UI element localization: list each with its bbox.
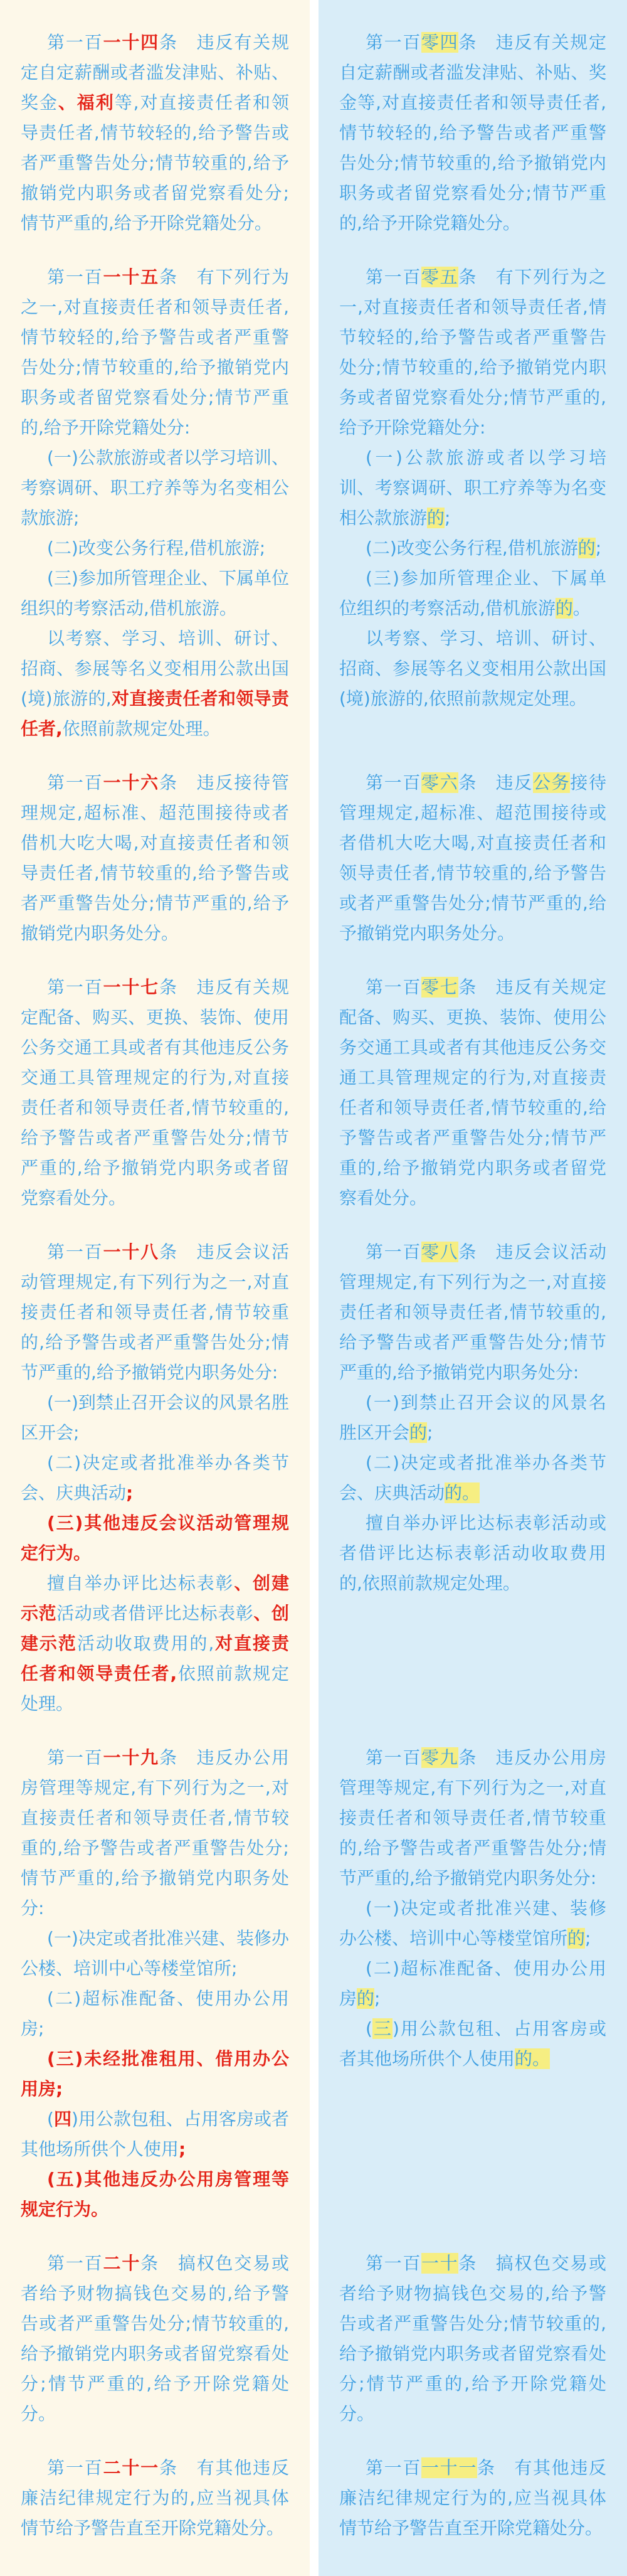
text-run: 条 搞权色交易或者给予财物搞钱色交易的,给予警告或者严重警告处分;情节较重的,给… xyxy=(21,2253,289,2424)
article-row: 第一百一十九条 违反办公用房管理等规定,有下列行为之一,对直接责任者和领导责任者… xyxy=(0,1743,627,2249)
revised-text-run: 一十四 xyxy=(103,32,160,53)
article-paragraph: (三)其他违反会议活动管理规定行为。 xyxy=(21,1508,289,1568)
revised-text-run: (三)其他违反会议活动管理规定行为。 xyxy=(21,1513,289,1563)
text-run: 擅自举办评比达标表彰活动或者借评比达标表彰活动收取费用的,依照前款规定处理。 xyxy=(339,1513,606,1594)
new-version-article-第一百零五条: 第一百零五条 有下列行为之一,对直接责任者和领导责任者,情节较轻的,给予警告或者… xyxy=(319,262,627,768)
text-run: ; xyxy=(596,538,601,558)
text-run: (二)超标准配备、使用办公用房; xyxy=(21,1988,289,2039)
old-version-article-第一百一十七条: 第一百一十七条 违反有关规定配备、购买、更换、装饰、使用公务交通工具或者有其他违… xyxy=(0,972,310,1237)
article-title-paragraph: 第一百零四条 违反有关规定自定薪酬或者滥发津贴、补贴、奖金等,对直接责任者和领导… xyxy=(339,28,606,238)
revised-text-run: (三)未经批准租用、借用办公用房; xyxy=(21,2048,289,2099)
article-title-paragraph: 第一百一十一条 有其他违反廉洁纪律规定行为的,应当视具体情节给予警告直至开除党籍… xyxy=(339,2453,606,2543)
article-title-paragraph: 第一百零五条 有下列行为之一,对直接责任者和领导责任者,情节较轻的,给予警告或者… xyxy=(339,262,606,443)
article-title-paragraph: 第一百零六条 违反公务接待管理规定,超标准、超范围接待或者借机大吃大喝,对直接责… xyxy=(339,768,606,949)
text-run: 第一百 xyxy=(366,1747,421,1768)
old-version-article-第一百一十九条: 第一百一十九条 违反办公用房管理等规定,有下列行为之一,对直接责任者和领导责任者… xyxy=(0,1743,310,2249)
column-divider xyxy=(310,1743,319,2249)
column-divider xyxy=(310,262,319,768)
old-version-article-第一百二十条: 第一百二十条 搞权色交易或者给予财物搞钱色交易的,给予警告或者严重警告处分;情节… xyxy=(0,2249,310,2453)
text-run: 以考察、学习、培训、研讨、招商、参展等名义变相用公款出国(境)旅游的,依照前款规… xyxy=(339,628,606,709)
article-paragraph: (二)改变公务行程,借机旅游; xyxy=(21,533,289,563)
highlighted-text-run: 零四 xyxy=(421,32,458,53)
text-run: 第一百 xyxy=(47,32,103,53)
text-run: (一)决定或者批准兴建、装修办公楼、培训中心等楼堂馆所 xyxy=(339,1898,606,1949)
column-divider xyxy=(310,1237,319,1743)
new-version-article-第一百一十条: 第一百一十条 搞权色交易或者给予财物搞钱色交易的,给予警告或者严重警告处分;情节… xyxy=(319,2249,627,2453)
text-run: 第一百 xyxy=(366,267,421,287)
text-run: (一)公款旅游或者以学习培训、考察调研、职工疗养等为名变相公款旅游 xyxy=(339,447,606,528)
text-run: 依照前款规定处理。 xyxy=(63,718,221,739)
text-run: 条 搞权色交易或者给予财物搞钱色交易的,给予警告或者严重警告处分;情节较重的,给… xyxy=(339,2253,606,2424)
text-run: (二)改变公务行程,借机旅游 xyxy=(366,538,578,558)
column-divider xyxy=(310,0,319,262)
revised-text-run: 四 xyxy=(54,2109,71,2129)
article-paragraph: (三)未经批准租用、借用办公用房; xyxy=(21,2044,289,2104)
article-paragraph: 擅自举办评比达标表彰、创建示范活动或者借评比达标表彰、创建示范活动收取费用的,对… xyxy=(21,1568,289,1719)
text-run: 条 违反有关规定自定薪酬或者滥发津贴、补贴、奖金等,对直接责任者和领导责任者,情… xyxy=(339,32,606,233)
text-run: ; xyxy=(374,1988,380,2009)
article-paragraph: (一)公款旅游或者以学习培训、考察调研、职工疗养等为名变相公款旅游; xyxy=(21,443,289,533)
text-run: 条 有下列行为之一,对直接责任者和领导责任者,情节较轻的,给予警告或者严重警告处… xyxy=(339,267,606,438)
article-title-paragraph: 第一百二十条 搞权色交易或者给予财物搞钱色交易的,给予警告或者严重警告处分;情节… xyxy=(21,2249,289,2429)
revised-text-run: 一十五 xyxy=(103,267,160,287)
article-paragraph: (二)超标准配备、使用办公用房; xyxy=(21,1984,289,2044)
revised-text-run: 一十七 xyxy=(103,977,160,998)
text-run: 活动或者借评比达标表彰 xyxy=(56,1603,253,1624)
text-run: (二)改变公务行程,借机旅游; xyxy=(47,538,265,558)
article-paragraph: (一)决定或者批准兴建、装修办公楼、培训中心等楼堂馆所; xyxy=(21,1924,289,1984)
new-version-article-第一百零九条: 第一百零九条 违反办公用房管理等规定,有下列行为之一,对直接责任者和领导责任者,… xyxy=(319,1743,627,2249)
highlighted-text-run: 公务 xyxy=(533,772,570,793)
text-run: 第一百 xyxy=(366,2253,421,2274)
text-run: (一)公款旅游或者以学习培训、考察调研、职工疗养等为名变相公款旅游; xyxy=(21,447,289,528)
highlighted-text-run: 的。 xyxy=(445,1482,480,1503)
article-title-paragraph: 第一百一十六条 违反接待管理规定,超标准、超范围接待或者借机大吃大喝,对直接责任… xyxy=(21,768,289,949)
text-run: 擅自举办评比达标表彰 xyxy=(47,1573,234,1594)
highlighted-text-run: 一十一 xyxy=(421,2457,477,2478)
old-version-article-第一百一十五条: 第一百一十五条 有下列行为之一,对直接责任者和领导责任者,情节较轻的,给予警告或… xyxy=(0,262,310,768)
article-title-paragraph: 第一百零九条 违反办公用房管理等规定,有下列行为之一,对直接责任者和领导责任者,… xyxy=(339,1743,606,1893)
text-run: 第一百 xyxy=(366,2457,421,2478)
highlighted-text-run: 的 xyxy=(567,1928,585,1949)
text-run: 条 违反有关规定配备、购买、更换、装饰、使用公务交通工具或者有其他违反公务交通工… xyxy=(339,977,606,1208)
highlighted-text-run: 的 xyxy=(357,1988,374,2009)
text-run: 第一百 xyxy=(47,2457,103,2478)
article-title-paragraph: 第一百一十五条 有下列行为之一,对直接责任者和领导责任者,情节较轻的,给予警告或… xyxy=(21,262,289,443)
new-version-article-第一百零六条: 第一百零六条 违反公务接待管理规定,超标准、超范围接待或者借机大吃大喝,对直接责… xyxy=(319,768,627,972)
article-row: 第一百二十条 搞权色交易或者给予财物搞钱色交易的,给予警告或者严重警告处分;情节… xyxy=(0,2249,627,2453)
article-paragraph: (三)参加所管理企业、下属单位组织的考察活动,借机旅游。 xyxy=(21,563,289,624)
text-run: 第一百 xyxy=(47,267,103,287)
text-run: 活动收取费用的, xyxy=(77,1633,214,1654)
article-title-paragraph: 第一百零七条 违反有关规定配备、购买、更换、装饰、使用公务交通工具或者有其他违反… xyxy=(339,972,606,1213)
text-run: 第一百 xyxy=(366,977,421,998)
text-run: ; xyxy=(585,1928,591,1949)
article-row: 第一百一十四条 违反有关规定自定薪酬或者滥发津贴、补贴、奖金、福利等,对直接责任… xyxy=(0,0,627,262)
column-divider xyxy=(310,972,319,1237)
highlighted-text-run: 的 xyxy=(409,1422,427,1443)
text-run: (一)到禁止召开会议的风景名胜区开会 xyxy=(339,1392,606,1443)
column-divider xyxy=(310,768,319,972)
column-divider xyxy=(310,2453,319,2576)
article-row: 第一百一十六条 违反接待管理规定,超标准、超范围接待或者借机大吃大喝,对直接责任… xyxy=(0,768,627,972)
article-paragraph: (一)到禁止召开会议的风景名胜区开会; xyxy=(21,1388,289,1448)
text-run: ; xyxy=(427,1422,433,1443)
highlighted-text-run: 的 xyxy=(556,598,573,619)
highlighted-text-run: 零九 xyxy=(421,1747,458,1768)
article-paragraph: 以考察、学习、培训、研讨、招商、参展等名义变相用公款出国(境)旅游的,对直接责任… xyxy=(21,624,289,744)
article-paragraph: (二)改变公务行程,借机旅游的; xyxy=(339,533,606,563)
article-paragraph: (一)公款旅游或者以学习培训、考察调研、职工疗养等为名变相公款旅游的; xyxy=(339,443,606,533)
new-version-article-第一百一十一条: 第一百一十一条 有其他违反廉洁纪律规定行为的,应当视具体情节给予警告直至开除党籍… xyxy=(319,2453,627,2576)
text-run: ; xyxy=(445,508,450,528)
article-paragraph: 擅自举办评比达标表彰活动或者借评比达标表彰活动收取费用的,依照前款规定处理。 xyxy=(339,1508,606,1599)
article-paragraph: 以考察、学习、培训、研讨、招商、参展等名义变相用公款出国(境)旅游的,依照前款规… xyxy=(339,624,606,714)
regulation-comparison-document: 第一百一十四条 违反有关规定自定薪酬或者滥发津贴、补贴、奖金、福利等,对直接责任… xyxy=(0,0,627,2576)
text-run: 第一百 xyxy=(47,977,103,998)
text-run: (三)参加所管理企业、下属单位组织的考察活动,借机旅游。 xyxy=(21,568,289,619)
highlighted-text-run: 零七 xyxy=(421,977,458,998)
article-title-paragraph: 第一百一十条 搞权色交易或者给予财物搞钱色交易的,给予警告或者严重警告处分;情节… xyxy=(339,2249,606,2429)
highlighted-text-run: 零八 xyxy=(421,1242,458,1262)
text-run: 第一百 xyxy=(47,772,103,793)
text-run: 条 违反有关规定配备、购买、更换、装饰、使用公务交通工具或者有其他违反公务交通工… xyxy=(21,977,289,1208)
text-run: 第一百 xyxy=(47,2253,103,2274)
article-paragraph: (四)用公款包租、占用客房或者其他场所供个人使用; xyxy=(21,2104,289,2164)
article-title-paragraph: 第一百一十四条 违反有关规定自定薪酬或者滥发津贴、补贴、奖金、福利等,对直接责任… xyxy=(21,28,289,238)
text-run: 第一百 xyxy=(366,1242,421,1262)
text-run: 条 违反会议活动管理规定,有下列行为之一,对直接责任者和领导责任者,情节较重的,… xyxy=(339,1242,606,1383)
revised-text-run: 一十八 xyxy=(103,1242,160,1262)
highlighted-text-run: 一十 xyxy=(421,2253,458,2274)
text-run: ( xyxy=(366,2018,372,2039)
old-version-article-第一百一十八条: 第一百一十八条 违反会议活动管理规定,有下列行为之一,对直接责任者和领导责任者,… xyxy=(0,1237,310,1743)
column-divider xyxy=(310,2249,319,2453)
text-run: (二)决定或者批准举办各类节会、庆典活动 xyxy=(21,1452,289,1503)
highlighted-text-run: 三 xyxy=(372,2018,393,2039)
text-run: 第一百 xyxy=(47,1242,103,1262)
highlighted-text-run: 的 xyxy=(578,538,596,558)
text-run: (一)到禁止召开会议的风景名胜区开会; xyxy=(21,1392,289,1443)
highlighted-text-run: 的。 xyxy=(515,2048,550,2069)
text-run: 条 违反会议活动管理规定,有下列行为之一,对直接责任者和领导责任者,情节较重的,… xyxy=(21,1242,289,1383)
highlighted-text-run: 零六 xyxy=(421,772,458,793)
article-rows: 第一百一十四条 违反有关规定自定薪酬或者滥发津贴、补贴、奖金、福利等,对直接责任… xyxy=(0,0,627,2576)
article-paragraph: (二)决定或者批准举办各类节会、庆典活动; xyxy=(21,1448,289,1508)
article-row: 第一百一十五条 有下列行为之一,对直接责任者和领导责任者,情节较轻的,给予警告或… xyxy=(0,262,627,768)
text-run: 等,对直接责任者和领导责任者,情节较轻的,给予警告或者严重警告处分;情节较重的,… xyxy=(21,92,289,233)
article-title-paragraph: 第一百一十八条 违反会议活动管理规定,有下列行为之一,对直接责任者和领导责任者,… xyxy=(21,1237,289,1388)
article-paragraph: (三)参加所管理企业、下属单位组织的考察活动,借机旅游的。 xyxy=(339,563,606,624)
article-title-paragraph: 第一百一十九条 违反办公用房管理等规定,有下列行为之一,对直接责任者和领导责任者… xyxy=(21,1743,289,1924)
article-row: 第一百一十八条 违反会议活动管理规定,有下列行为之一,对直接责任者和领导责任者,… xyxy=(0,1237,627,1743)
text-run: 接待管理规定,超标准、超范围接待或者借机大吃大喝,对直接责任者和领导责任者,情节… xyxy=(339,772,606,944)
highlighted-text-run: 零五 xyxy=(421,267,458,287)
text-run: 条 违反接待管理规定,超标准、超范围接待或者借机大吃大喝,对直接责任者和领导责任… xyxy=(21,772,289,944)
new-version-article-第一百零八条: 第一百零八条 违反会议活动管理规定,有下列行为之一,对直接责任者和领导责任者,情… xyxy=(319,1237,627,1743)
revised-text-run: ; xyxy=(126,1482,133,1503)
article-paragraph: (一)决定或者批准兴建、装修办公楼、培训中心等楼堂馆所的; xyxy=(339,1893,606,1954)
article-paragraph: (五)其他违反办公用房管理等规定行为。 xyxy=(21,2164,289,2225)
new-version-article-第一百零四条: 第一百零四条 违反有关规定自定薪酬或者滥发津贴、补贴、奖金等,对直接责任者和领导… xyxy=(319,0,627,262)
highlighted-text-run: 的 xyxy=(427,508,445,528)
text-run: 条 有下列行为之一,对直接责任者和领导责任者,情节较轻的,给予警告或者严重警告处… xyxy=(21,267,289,438)
text-run: 条 违反办公用房管理等规定,有下列行为之一,对直接责任者和领导责任者,情节较重的… xyxy=(339,1747,606,1888)
revised-text-run: ; xyxy=(179,2139,186,2159)
text-run: 第一百 xyxy=(366,772,421,793)
revised-text-run: 二十一 xyxy=(103,2457,160,2478)
article-paragraph: (一)到禁止召开会议的风景名胜区开会的; xyxy=(339,1388,606,1448)
text-run: 条 违反办公用房管理等规定,有下列行为之一,对直接责任者和领导责任者,情节较重的… xyxy=(21,1747,289,1919)
new-version-article-第一百零七条: 第一百零七条 违反有关规定配备、购买、更换、装饰、使用公务交通工具或者有其他违反… xyxy=(319,972,627,1237)
text-run: 条 违反 xyxy=(458,772,533,793)
revised-text-run: 一十六 xyxy=(103,772,160,793)
text-run: (一)决定或者批准兴建、装修办公楼、培训中心等楼堂馆所; xyxy=(21,1928,289,1979)
revised-text-run: (五)其他违反办公用房管理等规定行为。 xyxy=(21,2169,289,2220)
article-row: 第一百二十一条 有其他违反廉洁纪律规定行为的,应当视具体情节给予警告直至开除党籍… xyxy=(0,2453,627,2576)
old-version-article-第一百一十四条: 第一百一十四条 违反有关规定自定薪酬或者滥发津贴、补贴、奖金、福利等,对直接责任… xyxy=(0,0,310,262)
article-title-paragraph: 第一百一十七条 违反有关规定配备、购买、更换、装饰、使用公务交通工具或者有其他违… xyxy=(21,972,289,1213)
revised-text-run: 一十九 xyxy=(103,1747,160,1768)
revised-text-run: 、福利 xyxy=(58,92,115,113)
article-row: 第一百一十七条 违反有关规定配备、购买、更换、装饰、使用公务交通工具或者有其他违… xyxy=(0,972,627,1237)
text-run: 第一百 xyxy=(366,32,421,53)
text-run: 第一百 xyxy=(47,1747,103,1768)
article-title-paragraph: 第一百二十一条 有其他违反廉洁纪律规定行为的,应当视具体情节给予警告直至开除党籍… xyxy=(21,2453,289,2543)
revised-text-run: 二十 xyxy=(103,2253,141,2274)
old-version-article-第一百二十一条: 第一百二十一条 有其他违反廉洁纪律规定行为的,应当视具体情节给予警告直至开除党籍… xyxy=(0,2453,310,2576)
article-title-paragraph: 第一百零八条 违反会议活动管理规定,有下列行为之一,对直接责任者和领导责任者,情… xyxy=(339,1237,606,1388)
article-paragraph: (二)决定或者批准举办各类节会、庆典活动的。 xyxy=(339,1448,606,1508)
text-run: ( xyxy=(47,2109,54,2129)
text-run: 。 xyxy=(573,598,591,619)
old-version-article-第一百一十六条: 第一百一十六条 违反接待管理规定,超标准、超范围接待或者借机大吃大喝,对直接责任… xyxy=(0,768,310,972)
article-paragraph: (二)超标准配备、使用办公用房的; xyxy=(339,1954,606,2014)
article-paragraph: (三)用公款包租、占用客房或者其他场所供个人使用的。 xyxy=(339,2014,606,2074)
